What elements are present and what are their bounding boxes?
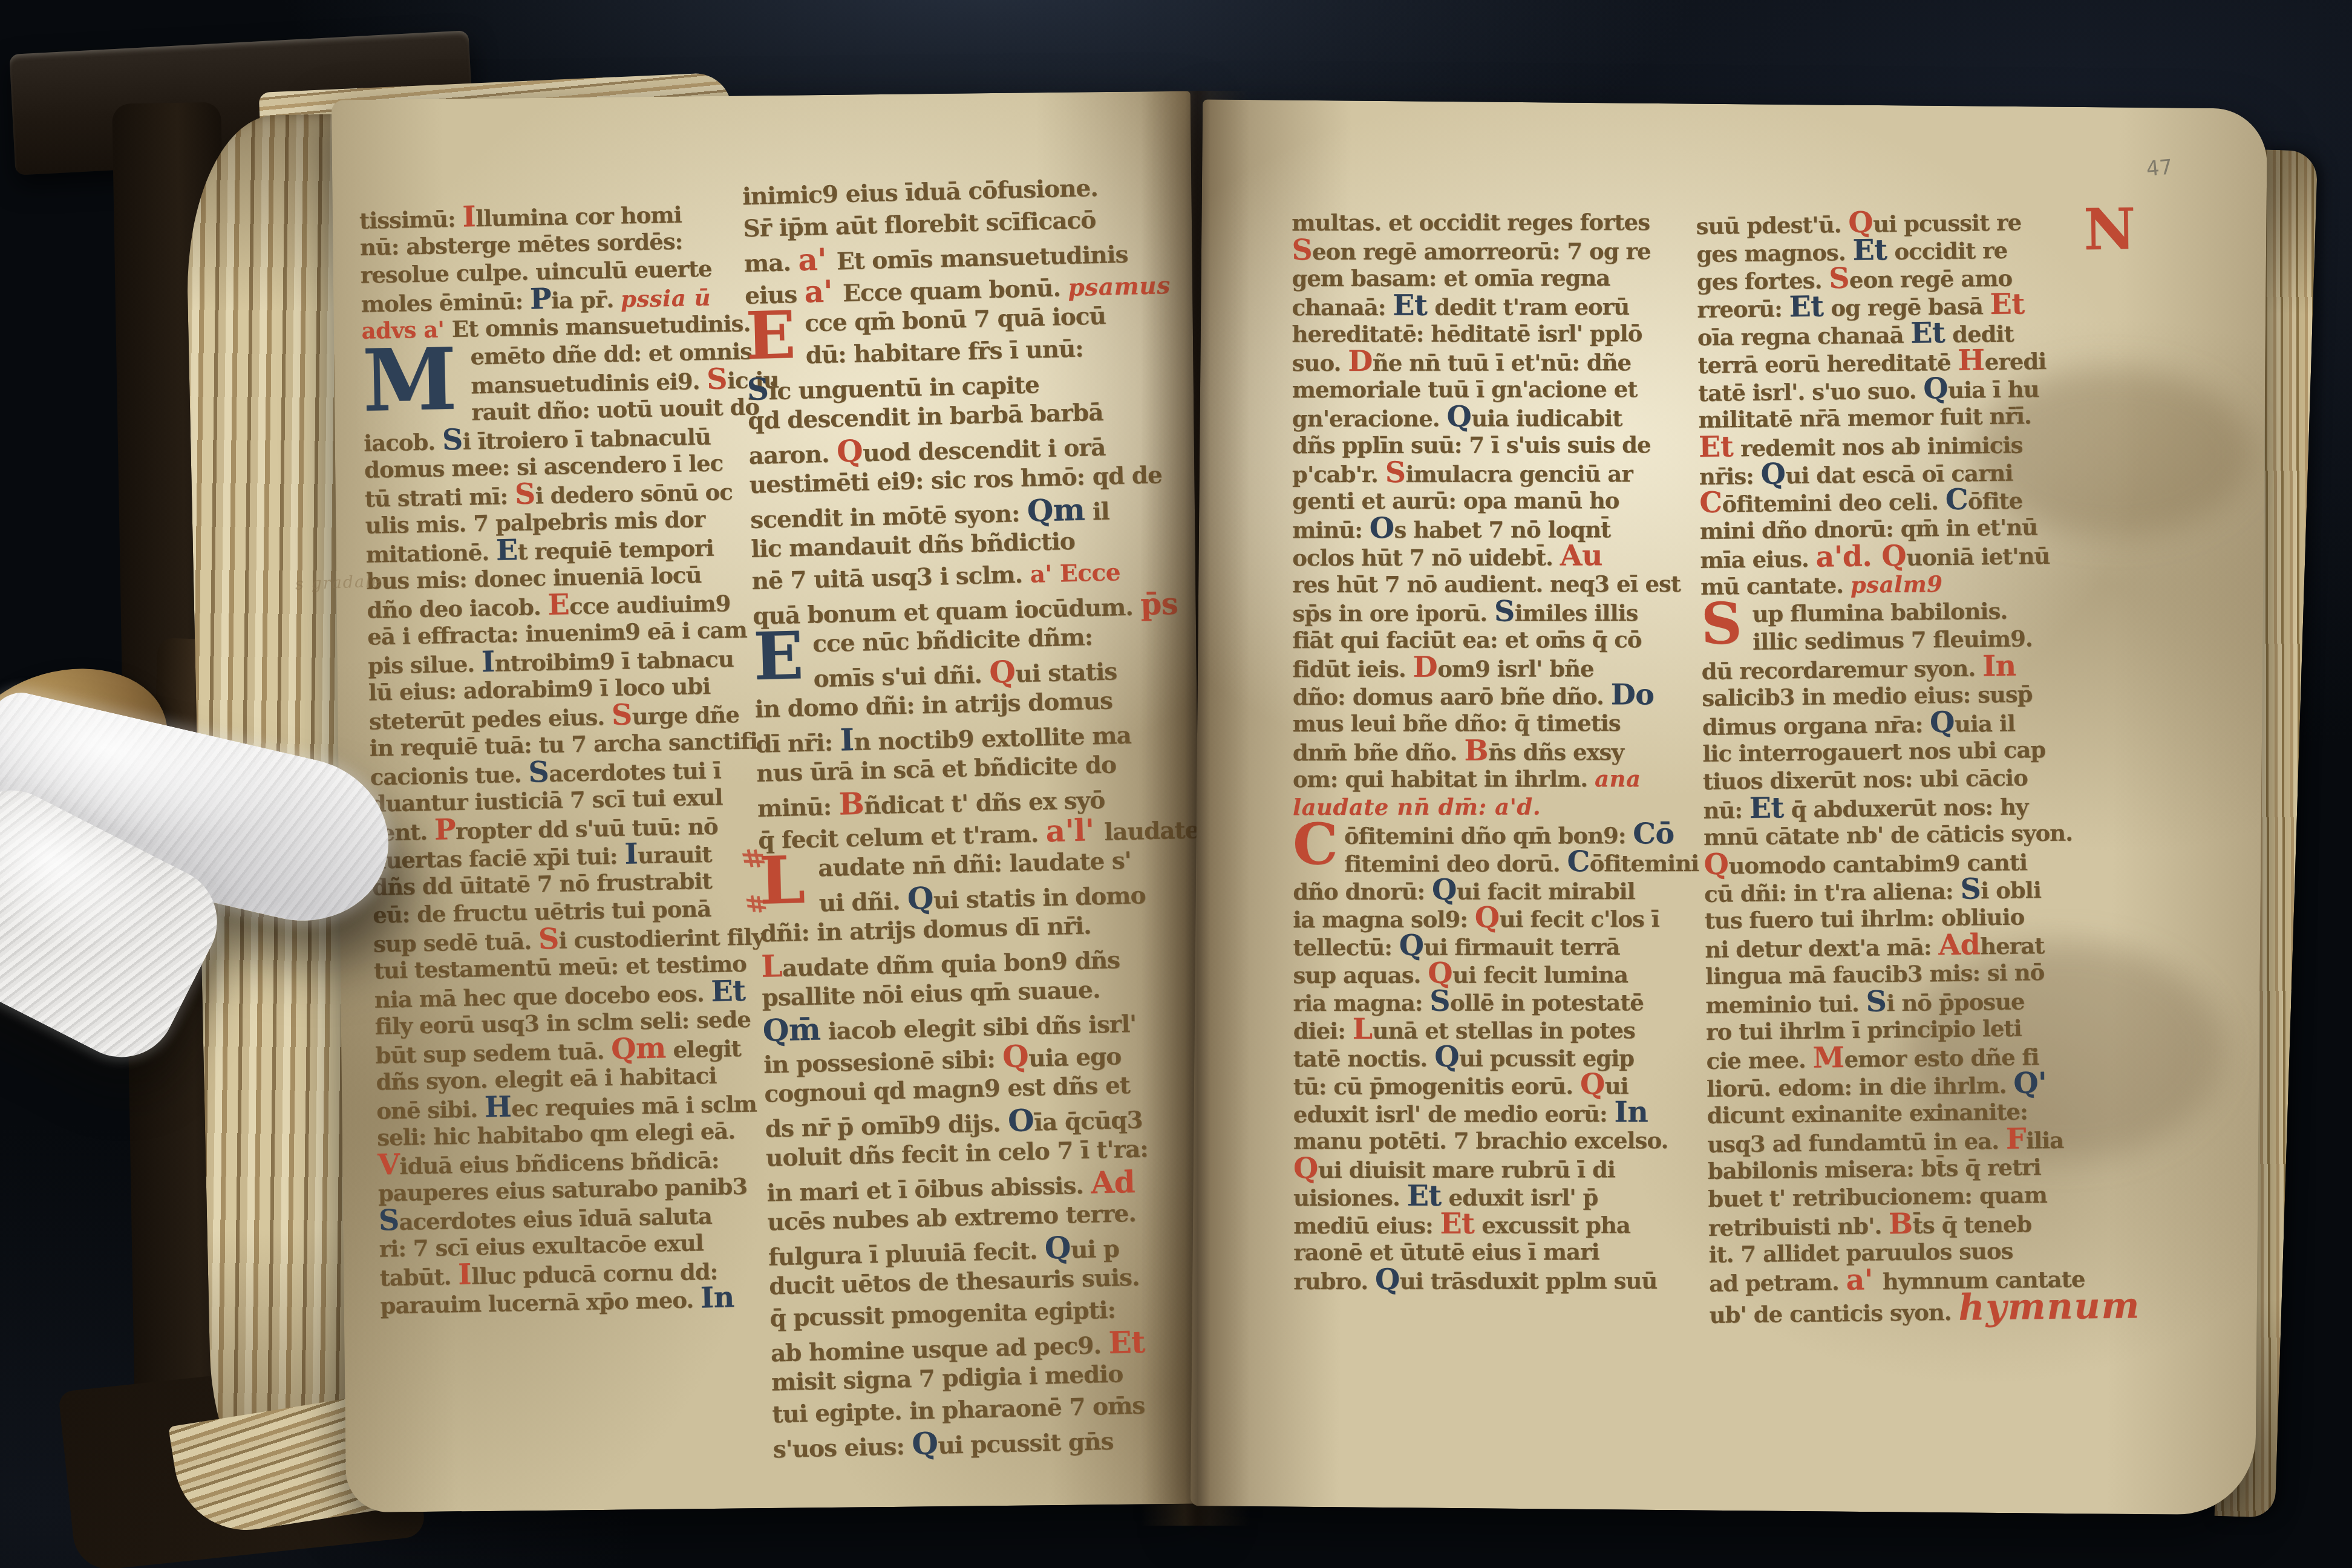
colored-initial-or-rubric: B — [1889, 1207, 1913, 1241]
text-segment: tū strati mī: — [365, 483, 515, 512]
colored-initial-or-rubric: S — [378, 1204, 399, 1238]
colored-initial-or-rubric: Q — [1930, 706, 1955, 739]
text-segment: il — [1085, 498, 1109, 526]
text-segment: ui pcussit re — [1873, 209, 2021, 237]
text-segment: pis silue. — [368, 650, 482, 679]
text-segment: om: qui habitat in ihrlm. — [1293, 765, 1595, 792]
colored-initial-or-rubric: I — [624, 837, 638, 871]
text-segment: hereditatē: hēditatē isrl' pplō — [1292, 320, 1642, 347]
text-segment: dño deo iacob. — [367, 593, 548, 624]
text-segment: urauit — [638, 841, 712, 869]
text-segment: militatē nr̄ā memor fuit nr̄ī. — [1698, 402, 2031, 433]
text-segment: p'cab'r. — [1292, 461, 1385, 488]
text-line: mus leui bñe dño: q̄ timetis — [1293, 709, 1692, 737]
text-line: minū: Os habet 7 nō loqnt̄ — [1292, 514, 1691, 543]
text-segment: ñe nn̄ tuū ī et'nū: dñe — [1373, 349, 1631, 376]
colored-initial-or-rubric: ana — [1595, 765, 1641, 792]
colored-initial-or-rubric: E — [495, 534, 518, 567]
text-segment: uia iudicabit — [1471, 405, 1622, 431]
text-segment: up flumina babilonis. — [1752, 598, 2007, 627]
text-segment: cce qm̄ bonū 7 quā iocū — [805, 302, 1106, 338]
text-segment: eduxit isrl' de medio eorū: — [1293, 1100, 1615, 1128]
text-segment: ilia — [2026, 1127, 2064, 1154]
text-segment: audate nn̄ dñi: laudate s' — [818, 847, 1132, 883]
colored-initial-or-rubric: In — [1614, 1096, 1648, 1129]
text-segment: excussit pha — [1474, 1212, 1630, 1238]
text-segment: ui statis — [1015, 658, 1117, 688]
colored-initial-or-rubric: Q' — [2013, 1067, 2047, 1100]
text-line: hereditatē: hēditatē isrl' pplō — [1292, 319, 1691, 348]
text-segment: iacob. — [364, 428, 443, 456]
colored-initial-or-rubric: Q — [1432, 874, 1457, 907]
text-segment: ui dñi. — [818, 887, 907, 918]
text-segment: gn'eracione. — [1292, 405, 1447, 432]
text-line: sup aquas. Qui fecit lumina — [1293, 959, 1692, 988]
text-segment: acerdotes tui ī — [549, 757, 721, 787]
text-segment: minū: — [757, 793, 839, 823]
text-segment: dñi: in atrijs domus dī nr̄i. — [760, 912, 1091, 947]
text-segment: tellectū: — [1293, 934, 1399, 961]
colored-initial-or-rubric: Qm — [611, 1031, 666, 1066]
text-line: laudate nn̄ dm̄: a'd. — [1293, 792, 1692, 821]
text-line: fitemini deo dorū. Cōfitemini — [1293, 848, 1692, 877]
colored-initial-or-rubric: a' Ecce — [1030, 558, 1120, 589]
text-segment: psallite nōi eius qm̄ suaue. — [762, 976, 1100, 1012]
colored-initial-or-rubric: D — [1413, 651, 1437, 684]
text-segment: llumina cor homi — [475, 201, 682, 232]
text-segment: cce audiuim9 — [569, 590, 731, 619]
colored-initial-or-rubric: Q — [1399, 929, 1424, 962]
text-segment: imulacra genciū ar — [1405, 460, 1632, 488]
colored-initial-or-rubric: Et — [1699, 430, 1734, 464]
colored-initial-or-rubric: S — [514, 477, 535, 511]
text-segment: tatē noctis. — [1293, 1045, 1435, 1072]
text-segment: unā et stellas in potes — [1372, 1017, 1635, 1044]
colored-initial-or-rubric: I — [462, 200, 476, 234]
text-segment: dño dnorū: — [1293, 878, 1432, 905]
text-segment: s'uos eius: — [773, 1432, 912, 1464]
colored-initial-or-rubric: P — [529, 283, 551, 316]
text-segment: ui dat escā oī carni — [1785, 460, 2013, 489]
text-line: dño dnorū: Qui facit mirabil — [1293, 876, 1692, 904]
colored-initial-or-rubric: S — [707, 362, 728, 396]
text-segment: uia ī hu — [1948, 376, 2039, 403]
colored-initial-or-rubric: O — [1370, 512, 1394, 545]
text-line: res hūt 7 nō audient. neq3 eī est — [1292, 570, 1691, 598]
text-segment: emor esto dñe fi — [1844, 1044, 2039, 1073]
colored-initial-or-rubric: a' — [804, 273, 843, 310]
text-segment: multas. et occidit reges fortes — [1292, 209, 1650, 236]
text-segment: eon regē amorreorū: 7 og re — [1312, 238, 1650, 265]
text-segment: cū dñi: in t'ra aliena: — [1704, 878, 1961, 907]
colored-initial-or-rubric: M — [1812, 1041, 1844, 1075]
text-segment: uoniā iet'nū — [1906, 543, 2050, 571]
text-segment: eredi — [1984, 348, 2046, 375]
text-line: p'cab'r. Simulacra genciū ar — [1292, 459, 1691, 487]
text-segment: elegit — [665, 1035, 741, 1063]
text-line: ub' de canticis syon. hymnum — [1709, 1291, 2133, 1324]
colored-initial-or-rubric: Q — [1760, 457, 1785, 491]
right-page-column-1: multas. et occidit reges fortesSeon regē… — [1292, 208, 1693, 1294]
colored-initial-or-rubric: Q — [1704, 848, 1728, 881]
text-segment: babilonis misera: bt̄s q̄ retri — [1708, 1154, 2041, 1184]
text-segment: i dedero sōnū oc — [535, 479, 733, 509]
text-line: Qui diuisit mare rubrū ī di — [1293, 1154, 1693, 1183]
text-segment: occidit re — [1887, 237, 2007, 265]
text-line: fidūt ieis. Dom9 isrl' bñe — [1293, 653, 1692, 682]
text-segment: uia ego — [1028, 1042, 1122, 1073]
colored-initial-or-rubric: Q — [912, 1425, 938, 1462]
colored-initial-or-rubric: C — [1567, 845, 1589, 878]
text-segment: fidūt ieis. — [1293, 656, 1413, 682]
text-segment: mus leui bñe dño: q̄ timetis — [1293, 710, 1621, 737]
text-segment: nē 7 uitā usq3 i sclm. — [751, 561, 1030, 595]
colored-initial-or-rubric: S — [1385, 456, 1406, 489]
text-segment: cie mee. — [1706, 1047, 1813, 1074]
colored-initial-or-rubric: S — [1494, 595, 1515, 629]
text-segment: dñs pplīn suū: 7 ī s'uis suis de — [1292, 431, 1651, 459]
colored-initial-or-rubric: O — [1007, 1102, 1034, 1138]
manuscript-photo: tissimū: Illumina cor hominū: absterge m… — [0, 0, 2352, 1568]
text-line: tū: cū p̄mogenitis eorū. Qui — [1293, 1071, 1693, 1099]
colored-initial-or-rubric: Qm — [1027, 492, 1085, 529]
text-segment: sup aquas. — [1293, 962, 1428, 988]
text-segment: aaron. — [748, 440, 837, 471]
colored-initial-or-rubric: Q — [1475, 901, 1500, 935]
text-line: eduxit isrl' de medio eorū: In — [1293, 1099, 1693, 1127]
text-line: gem basam: et omīa regna — [1292, 264, 1691, 292]
colored-initial-or-rubric: S — [442, 423, 463, 457]
text-segment: i nō p̄posue — [1886, 988, 2025, 1016]
colored-initial-or-rubric: psalm9 — [1851, 570, 1943, 598]
text-line: ia magna sol9: Qui fecit c'los ī — [1293, 904, 1692, 932]
colored-initial-or-rubric: P — [434, 813, 456, 847]
text-segment: ro tui ihrlm ī principio leti — [1706, 1015, 2022, 1045]
text-segment: herat — [1980, 932, 2045, 959]
text-segment: cacionis tue. — [370, 761, 529, 791]
text-segment: dī nr̄i: — [756, 729, 840, 759]
colored-initial-or-rubric: Q — [1044, 1229, 1071, 1266]
colored-initial-or-rubric: I — [840, 722, 854, 758]
text-line: Cōfitemini dño qm̄ bon9: Cō — [1293, 820, 1692, 849]
colored-initial-or-rubric: Q — [907, 880, 933, 916]
text-segment: tatē isrl'. s'uo suo. — [1698, 377, 1924, 407]
text-segment: ui pcussit egip — [1459, 1045, 1634, 1072]
text-segment: ui pcussit gn̄s — [938, 1428, 1114, 1460]
text-segment: ōfitemini — [1590, 850, 1699, 877]
colored-initial-or-rubric: C — [1699, 486, 1722, 520]
text-segment: genti et aurū: opa manū ho — [1292, 487, 1619, 514]
text-segment: ōfite — [1968, 487, 2023, 514]
text-segment: ōfitemini deo celi. — [1722, 488, 1945, 518]
left-page-column-2: inimic9 eius īduā cōfusione.Sr̄ ip̄m aūt… — [742, 171, 1180, 1463]
text-segment: om9 isrl' bñe — [1437, 655, 1593, 682]
colored-initial-or-rubric: Ad — [1091, 1164, 1135, 1201]
colored-initial-or-rubric: Et — [1749, 791, 1784, 825]
colored-initial-or-rubric: Q — [1434, 1040, 1459, 1074]
colored-initial-or-rubric: E — [547, 588, 570, 622]
margin-hash-2: # — [740, 892, 772, 917]
text-segment: urge dñe — [632, 701, 739, 730]
text-line: diei: Lunā et stellas in potes — [1293, 1015, 1693, 1044]
text-segment: ad petram. — [1709, 1269, 1846, 1297]
colored-initial-or-rubric: S — [528, 756, 549, 789]
text-segment: salicib3 in medio eius: susp̄ — [1702, 681, 2033, 711]
text-segment: dicunt exinanite exinanite: — [1707, 1098, 2028, 1128]
colored-initial-or-rubric: a'l' — [1045, 812, 1105, 849]
text-segment: mitationē. — [365, 539, 496, 568]
text-segment: q̄ pcussit pmogenita egipti: — [769, 1296, 1116, 1333]
text-segment: mediū eius: — [1293, 1212, 1440, 1239]
colored-initial-or-rubric: Et — [1440, 1207, 1474, 1241]
text-line: sp̄s in ore iporū. Similes illis — [1292, 598, 1691, 626]
colored-initial-or-rubric: Qm̄ — [762, 1011, 821, 1048]
colored-initial-or-rubric: S — [746, 371, 769, 407]
text-segment: cce nūc bñdicite dñm: — [812, 623, 1093, 658]
colored-initial-or-rubric: Q — [1580, 1068, 1605, 1101]
colored-initial-or-rubric: Et — [1910, 316, 1945, 350]
text-segment: uomodo cantabim9 canti — [1728, 849, 2027, 879]
text-segment: ma. — [743, 249, 799, 278]
left-page: tissimū: Illumina cor hominū: absterge m… — [332, 91, 1205, 1513]
colored-initial-or-rubric: Et — [1852, 234, 1887, 267]
colored-initial-or-rubric: B — [1464, 734, 1488, 768]
colored-initial-or-rubric: a'd. — [1815, 540, 1881, 573]
text-segment: dū recordaremur syon. — [1701, 655, 1982, 685]
text-segment: n̄s dñs exsy — [1488, 739, 1624, 765]
text-segment: rauit dño: uotū uouit dō — [471, 393, 760, 425]
margin-annotation: s gradale — [295, 572, 384, 593]
colored-initial-or-rubric: H — [484, 1090, 511, 1124]
colored-initial-or-rubric: In — [700, 1281, 734, 1315]
text-segment: memoriale tuū ī gn'acione et — [1292, 376, 1638, 403]
colored-initial-or-rubric: I — [481, 645, 495, 679]
text-segment: dimus organa nr̄a: — [1702, 711, 1930, 740]
text-segment: moles ēminū: — [361, 288, 530, 318]
text-line: fiāt qui faciūt ea: et om̄s q̄ cō — [1292, 626, 1691, 654]
colored-initial-or-rubric: S — [1866, 985, 1886, 1018]
colored-initial-or-rubric: C — [1945, 483, 1968, 517]
text-segment: dño: domus aarō bñe dño. — [1293, 683, 1611, 710]
colored-initial-or-rubric: Et — [1789, 290, 1824, 324]
text-segment: ui firmauit terrā — [1423, 933, 1619, 961]
colored-initial-or-rubric: I — [458, 1258, 472, 1292]
text-line: multas. et occidit reges fortes — [1292, 208, 1691, 237]
text-line: oclos hūt 7 nō uidebt̄. Au — [1292, 542, 1691, 570]
right-page-column-2: Nsuū pdest'ū. Qui pcussit reges magnos. … — [1696, 206, 2132, 1324]
text-segment: eon regē amo — [1849, 265, 2013, 293]
text-segment: ia magna sol9: — [1293, 906, 1475, 933]
text-segment: gem basam: et omīa regna — [1292, 264, 1610, 292]
text-line: Seon regē amorreorū: 7 og re — [1292, 236, 1691, 264]
text-segment: meminio tui. — [1705, 990, 1866, 1019]
text-segment: uia il — [1955, 710, 2015, 737]
text-segment: buet t' retribucionem: quam — [1708, 1181, 2047, 1212]
text-segment: nū: — [1703, 797, 1749, 824]
text-segment: imiles illis — [1515, 599, 1638, 626]
text-segment: uisiones. — [1293, 1184, 1407, 1211]
colored-initial-or-rubric: Q — [1293, 1152, 1318, 1185]
text-line: suo. Dñe nn̄ tuū ī et'nū: dñe — [1292, 347, 1691, 376]
text-segment: ui diuisit mare rubrū ī di — [1318, 1156, 1615, 1183]
colored-initial-or-rubric: S — [538, 923, 559, 956]
colored-initial-or-rubric: In — [1982, 650, 2016, 684]
colored-initial-or-rubric: Au — [1560, 539, 1602, 572]
colored-initial-or-rubric: F — [2006, 1122, 2027, 1155]
text-segment: tiuos dixerūt nos: ubi cācio — [1703, 764, 2028, 795]
text-segment: t̄s q̄ teneb — [1912, 1210, 2031, 1238]
text-line: gn'eracione. Quia iudicabit — [1292, 403, 1691, 431]
folio-number: 47 — [2145, 155, 2174, 181]
colored-initial-or-rubric: V — [377, 1148, 400, 1182]
text-segment: usq3 ad fundamtū in ea. — [1707, 1128, 2006, 1158]
text-segment: oīa regna chanaā — [1697, 322, 1911, 351]
text-line: ria magna: Sollē in potestatē — [1293, 987, 1692, 1016]
text-segment: q̄ abduxerūt nos: hy — [1784, 793, 2028, 823]
text-segment: ia pr̄. — [551, 286, 621, 314]
text-segment: i custodierint fily — [558, 923, 764, 954]
colored-initial-or-rubric: a' — [798, 241, 837, 278]
colored-initial-or-rubric: Do — [1611, 678, 1655, 711]
text-line: genti et aurū: opa manū ho — [1292, 486, 1691, 515]
text-segment: rubro. — [1293, 1268, 1375, 1295]
text-segment: mīa eius. — [1700, 546, 1816, 573]
text-segment: ub' de canticis syon. — [1709, 1299, 1958, 1328]
colored-initial-or-rubric: Cō — [1633, 817, 1674, 851]
colored-initial-or-rubric: Et — [1108, 1324, 1146, 1361]
text-line: dnm̄ bñe dño. Bn̄s dñs exsy — [1293, 737, 1692, 765]
text-segment: diei: — [1293, 1018, 1353, 1044]
text-segment: og regē basā — [1823, 293, 1990, 321]
text-segment: īa q̄cūq3 — [1034, 1106, 1143, 1136]
text-line: mediū eius: Et excussit pha — [1293, 1210, 1693, 1238]
colored-initial-or-rubric: Q — [1446, 400, 1471, 434]
colored-initial-or-rubric: S — [611, 698, 632, 732]
text-segment: tabūt. — [379, 1263, 459, 1291]
text-segment: res hūt 7 nō audient. neq3 eī est — [1292, 570, 1681, 598]
text-segment: ui p — [1070, 1235, 1119, 1264]
text-segment: ui fecit lumina — [1452, 961, 1628, 988]
right-page: multas. et occidit reges fortesSeon regē… — [1191, 99, 2267, 1515]
colored-initial-or-rubric: S — [1829, 262, 1849, 295]
colored-initial-or-rubric: pssia ū — [621, 284, 711, 313]
colored-initial-or-rubric: S — [1292, 234, 1312, 267]
colored-initial-or-rubric: hymnum — [1958, 1284, 2141, 1328]
colored-initial-or-rubric: B — [838, 786, 864, 822]
text-segment: tū: cū p̄mogenitis eorū. — [1293, 1073, 1580, 1100]
colored-initial-or-rubric: psamus — [1068, 272, 1171, 302]
text-line: uisiones. Et eduxit isrl' p̄ — [1293, 1182, 1693, 1210]
text-segment: raonē et ūtutē eius ī mari — [1293, 1238, 1599, 1266]
colored-initial-or-rubric: Q — [989, 653, 1016, 690]
colored-initial-or-rubric: Q — [1881, 540, 1906, 573]
text-line: memoriale tuū ī gn'acione et — [1292, 375, 1691, 403]
text-segment: sp̄s in ore iporū. — [1292, 600, 1494, 627]
colored-initial-or-rubric: Et — [1990, 287, 2025, 321]
text-line: chanaā: Et dedit t'ram eorū — [1292, 292, 1691, 320]
text-line: manu potēti. 7 brachio excelso. — [1293, 1126, 1693, 1155]
colored-initial-or-rubric: Q — [836, 433, 863, 469]
text-segment: minū: — [1292, 517, 1370, 543]
text-segment: liorū. edom: in die ihrlm. — [1707, 1072, 2014, 1102]
colored-initial-or-rubric: p̄s — [1140, 586, 1178, 622]
colored-initial-or-rubric: Et — [1393, 289, 1427, 322]
text-segment: oclos hūt 7 nō uidebt̄. — [1292, 544, 1560, 571]
text-line: tatē noctis. Qui pcussit egip — [1293, 1043, 1693, 1071]
text-segment: ollē in potestatē — [1450, 989, 1644, 1016]
colored-initial-or-rubric: L — [760, 948, 782, 984]
left-page-column-1: tissimū: Illumina cor hominū: absterge m… — [359, 198, 773, 1318]
text-segment: tissimū: — [359, 206, 463, 234]
text-segment: i obli — [1981, 877, 2041, 904]
text-line: dñs pplīn suū: 7 ī s'uis suis de — [1292, 431, 1691, 459]
text-segment: suo. — [1292, 350, 1348, 376]
text-segment: lic mandauit dñs bñdictio — [751, 528, 1076, 563]
text-segment: parauim lucernā xp̄o meo. — [380, 1286, 701, 1319]
text-segment: ni detur dext'a mā: — [1705, 933, 1939, 963]
text-segment: suū pdest'ū. — [1696, 211, 1848, 240]
text-segment: terrā eorū hereditatē — [1697, 349, 1958, 379]
text-segment: t requiē tempori — [517, 535, 714, 565]
text-segment: laudate — [1104, 816, 1200, 846]
text-segment: dnm̄ bñe dño. — [1293, 739, 1465, 766]
text-segment: sup sedē tuā. — [373, 927, 539, 957]
colored-initial-or-rubric: Q — [1923, 372, 1948, 405]
text-segment: ui fecit c'los ī — [1500, 906, 1659, 932]
text-segment: onē sibi. — [376, 1096, 485, 1124]
colored-initial-or-rubric: Q — [1002, 1038, 1028, 1074]
text-segment: dedit t'ram eorū — [1427, 293, 1629, 321]
colored-initial-or-rubric: D — [1348, 345, 1373, 378]
text-segment: rreorū: — [1697, 295, 1789, 323]
text-segment: fiāt qui faciūt ea: et om̄s q̄ cō — [1292, 626, 1641, 653]
text-segment: mnū cātate nb' de cāticis syon. — [1704, 819, 2073, 850]
text-segment: chanaā: — [1292, 294, 1393, 321]
text-segment: manu potēti. 7 brachio excelso. — [1293, 1127, 1668, 1154]
colored-initial-or-rubric: S — [1429, 985, 1450, 1018]
colored-initial-or-rubric: a' — [1846, 1263, 1883, 1297]
colored-initial-or-rubric: H — [1958, 344, 1985, 377]
text-segment: retribuisti nb'. — [1708, 1212, 1889, 1241]
text-segment: lic interrogauert nos ubi cap — [1702, 736, 2045, 767]
text-line: raonē et ūtutē eius ī mari — [1293, 1238, 1693, 1266]
text-line: om: qui habitat in ihrlm. ana — [1293, 765, 1692, 793]
colored-initial-or-rubric: Q — [1375, 1263, 1400, 1296]
colored-initial-or-rubric: Et — [711, 975, 746, 1008]
colored-initial-or-rubric: S — [1960, 872, 1981, 906]
text-segment: ui trāsduxit pplm suū — [1400, 1267, 1658, 1295]
colored-initial-or-rubric: Et — [1407, 1180, 1442, 1213]
text-line: dño: domus aarō bñe dño. Do — [1293, 681, 1692, 710]
colored-initial-or-rubric: L — [1353, 1013, 1373, 1046]
text-line: tellectū: Qui firmauit terrā — [1293, 932, 1692, 960]
text-line: rubro. Qui trāsduxit pplm suū — [1293, 1266, 1693, 1294]
text-segment: dū: habitare fr̄s ī unū: — [805, 335, 1083, 369]
colored-initial-or-rubric: Ad — [1938, 928, 1981, 962]
